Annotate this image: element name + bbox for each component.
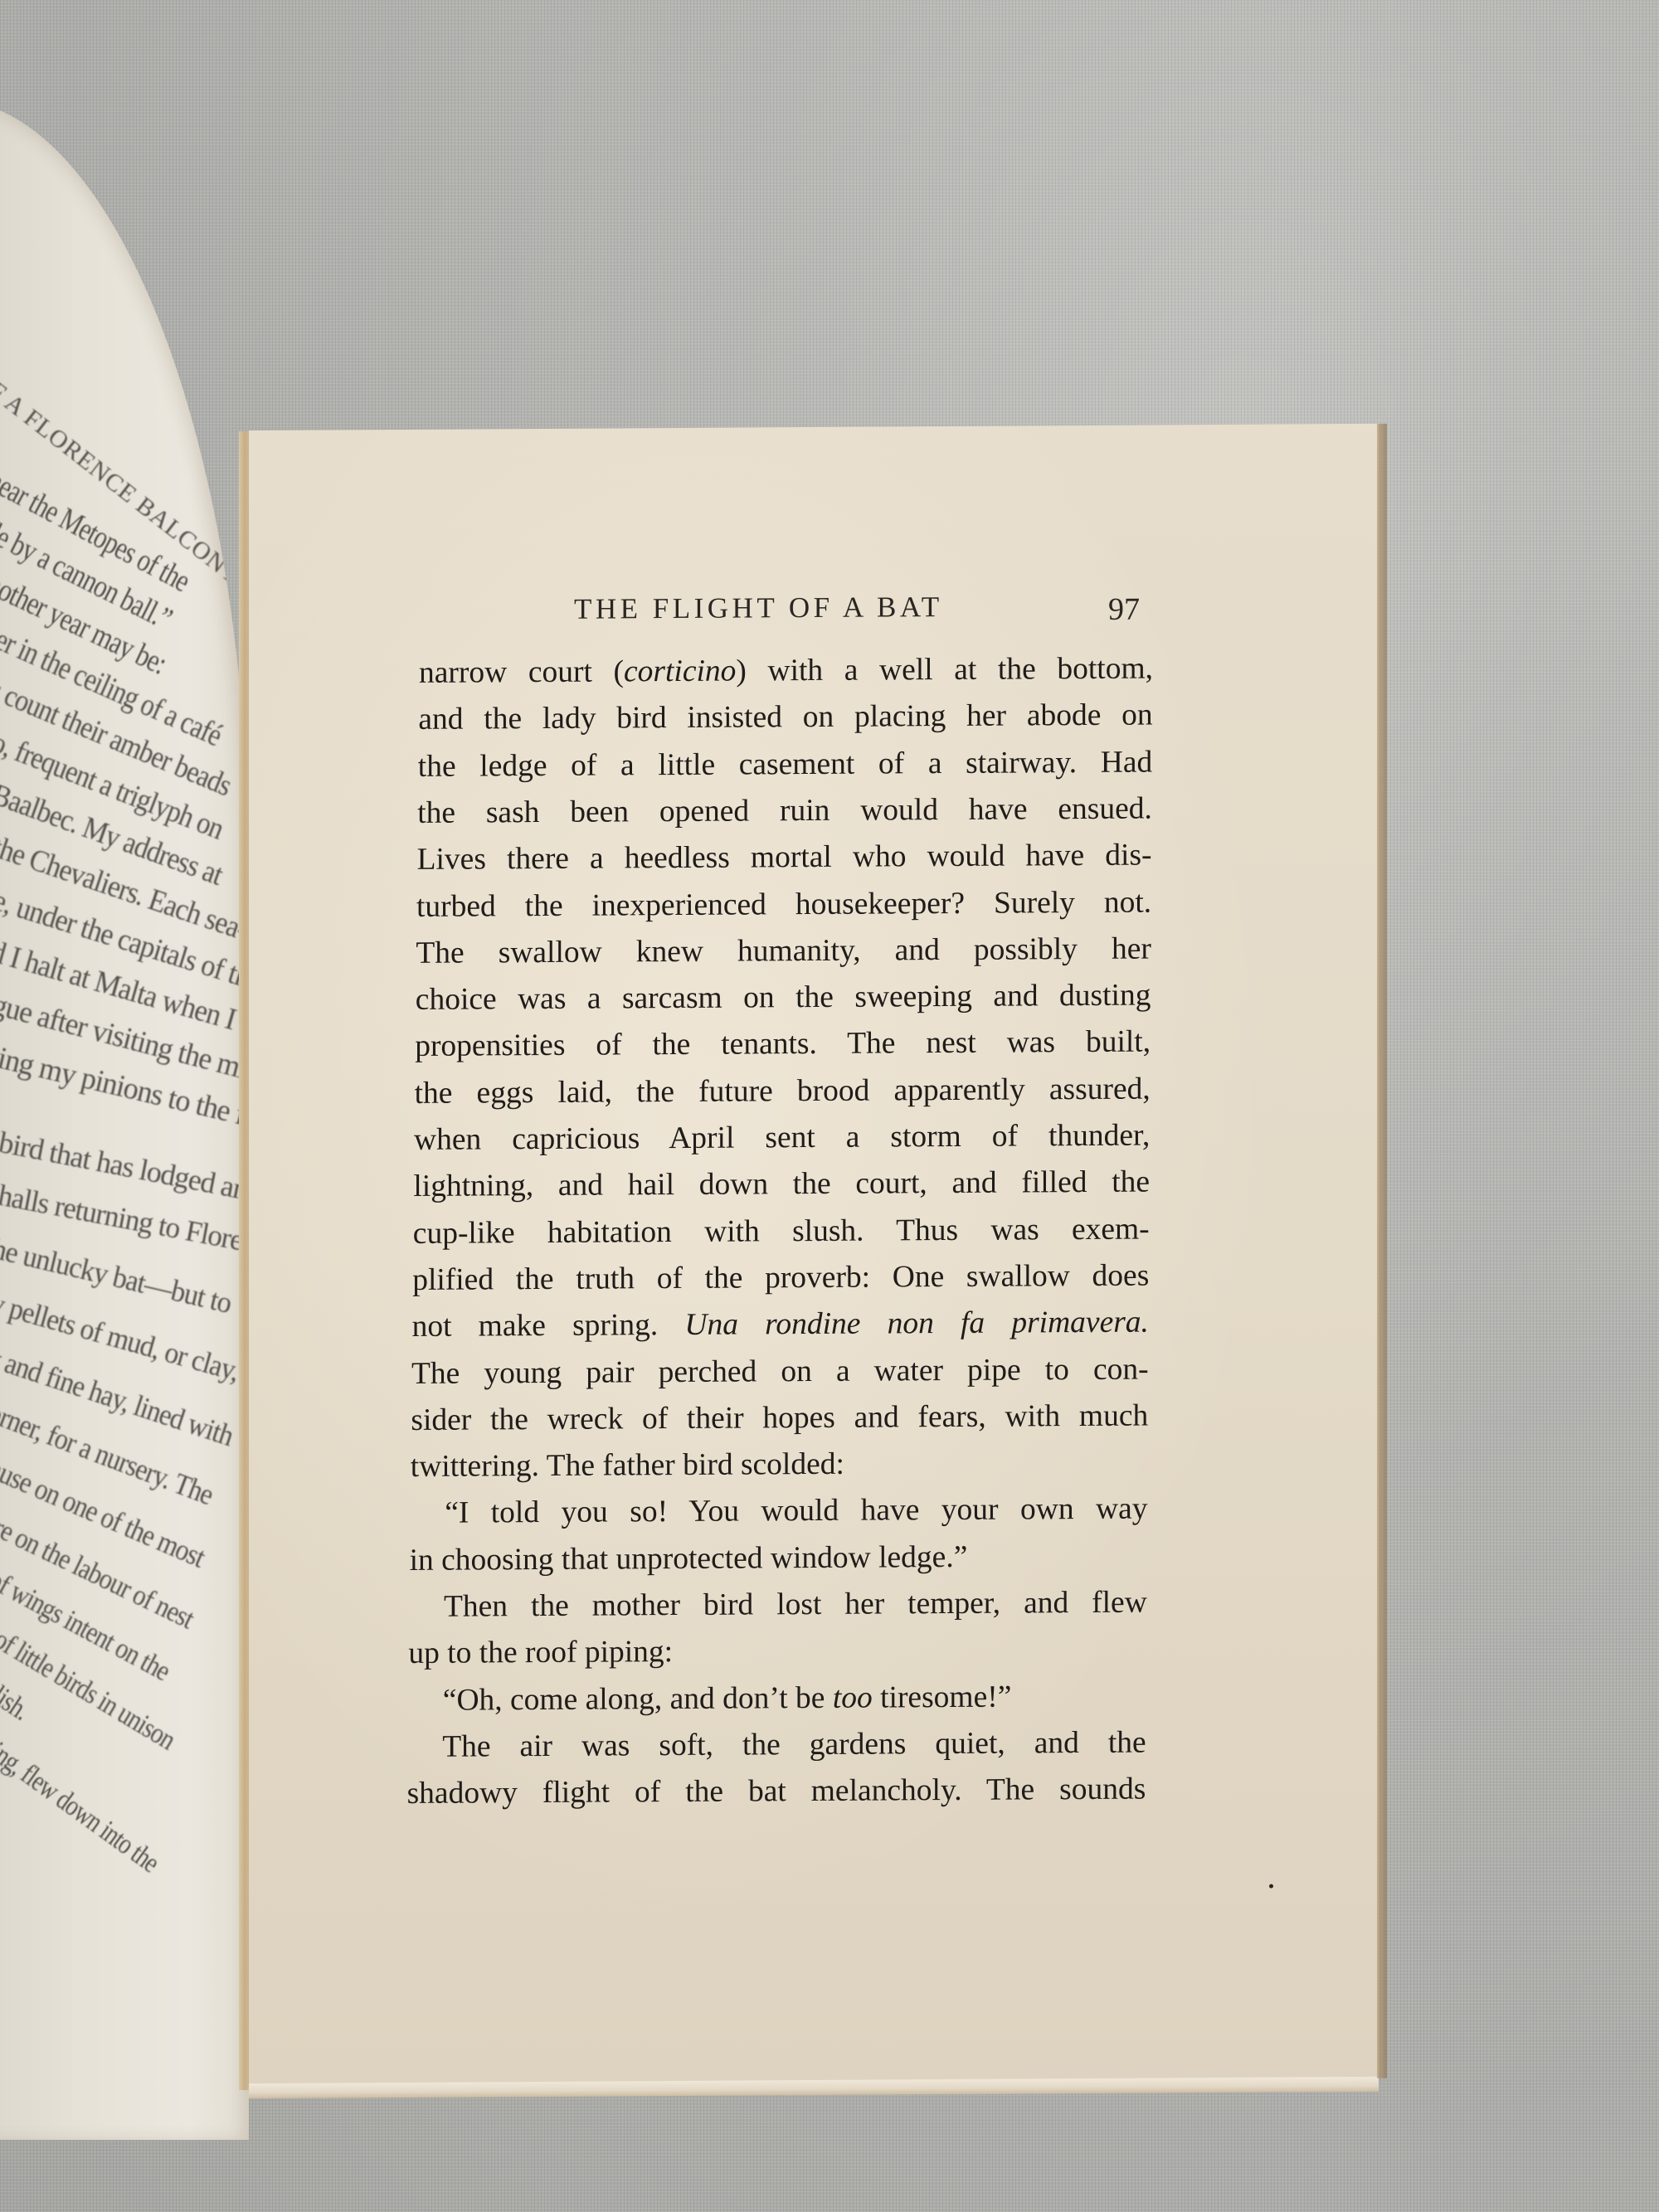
italic-segment: Una rondine non fa primavera. bbox=[684, 1305, 1149, 1342]
body-text: narrow court (corticino) with a well at … bbox=[249, 652, 1379, 659]
text-segment: Lives there a heedless mortal who would … bbox=[417, 839, 1152, 877]
text-line: “I told you so! You would have your own … bbox=[445, 1494, 1147, 1529]
text-segment: twittering. The father bird scolded: bbox=[411, 1447, 844, 1484]
text-line: in choosing that unprotected window ledg… bbox=[410, 1540, 1148, 1576]
text-line: The air was soft, the gardens quiet, and… bbox=[442, 1727, 1146, 1762]
text-line: choice was a sarcasm on the sweeping and… bbox=[416, 980, 1151, 1016]
text-line: Then the mother bird lost her temper, an… bbox=[444, 1587, 1147, 1623]
text-line: plified the truth of the proverb: One sw… bbox=[412, 1260, 1149, 1296]
italic-segment: corticino bbox=[624, 654, 736, 689]
left-page: F A FLORENCE BALCONY ce near the Metopes… bbox=[0, 100, 249, 2140]
text-segment: The air was soft, the gardens quiet, and… bbox=[442, 1725, 1146, 1763]
text-segment: the eggs laid, the future brood apparent… bbox=[415, 1072, 1151, 1110]
text-segment: narrow court ( bbox=[419, 654, 624, 690]
text-line: twittering. The father bird scolded: bbox=[411, 1447, 1148, 1483]
paper-speck bbox=[1269, 1884, 1273, 1889]
text-segment: plified the truth of the proverb: One sw… bbox=[412, 1258, 1149, 1296]
left-page-text: F A FLORENCE BALCONY ce near the Metopes… bbox=[0, 100, 249, 2140]
text-segment: the ledge of a little casement of a stai… bbox=[418, 745, 1152, 783]
text-line: shadowy flight of the bat melancholy. Th… bbox=[407, 1774, 1146, 1810]
text-line: turbed the inexperienced housekeeper? Su… bbox=[416, 887, 1151, 922]
running-head: THE FLIGHT OF A BAT 97 bbox=[249, 588, 1379, 644]
italic-segment: too bbox=[833, 1680, 873, 1714]
text-line: not make spring. Una rondine non fa prim… bbox=[412, 1307, 1149, 1343]
text-segment: when capricious April sent a storm of th… bbox=[414, 1119, 1150, 1157]
text-segment: Then the mother bird lost her temper, an… bbox=[444, 1586, 1147, 1624]
text-segment: tiresome!” bbox=[873, 1680, 1012, 1714]
text-segment: turbed the inexperienced housekeeper? Su… bbox=[416, 885, 1151, 923]
text-line: narrow court (corticino) with a well at … bbox=[419, 654, 1153, 689]
text-line: propensities of the tenants. The nest wa… bbox=[415, 1027, 1151, 1062]
text-line: up to the roof piping: bbox=[408, 1634, 1146, 1670]
text-line: and the lady bird insisted on placing he… bbox=[418, 700, 1152, 736]
text-line: cup-like habitation with slush. Thus was… bbox=[413, 1213, 1150, 1249]
text-line: The young pair perched on a water pipe t… bbox=[411, 1354, 1149, 1389]
text-segment: The swallow knew humanity, and possibly … bbox=[416, 931, 1151, 970]
text-segment: not make spring. bbox=[412, 1308, 685, 1344]
text-segment: shadowy flight of the bat melancholy. Th… bbox=[407, 1772, 1146, 1811]
page-number: 97 bbox=[1108, 591, 1140, 628]
text-segment: in choosing that unprotected window ledg… bbox=[410, 1540, 968, 1578]
text-segment: propensities of the tenants. The nest wa… bbox=[415, 1025, 1151, 1063]
running-title: THE FLIGHT OF A BAT bbox=[574, 591, 943, 626]
text-line: the eggs laid, the future brood apparent… bbox=[415, 1073, 1151, 1109]
text-line: lightning, and hail down the court, and … bbox=[413, 1167, 1150, 1203]
text-segment: the sash been opened ruin would have ens… bbox=[417, 791, 1152, 829]
text-segment: choice was a sarcasm on the sweeping and… bbox=[416, 979, 1151, 1017]
text-line: when capricious April sent a storm of th… bbox=[414, 1121, 1150, 1156]
text-segment: The young pair perched on a water pipe t… bbox=[411, 1352, 1149, 1390]
text-segment: “I told you so! You would have your own … bbox=[445, 1492, 1147, 1530]
text-segment: and the lady bird insisted on placing he… bbox=[418, 698, 1152, 737]
text-line: The swallow knew humanity, and possibly … bbox=[416, 933, 1151, 969]
text-line: “Oh, come along, and don’t be too tireso… bbox=[443, 1680, 1146, 1716]
text-segment: cup-like habitation with slush. Thus was… bbox=[413, 1212, 1150, 1250]
right-page: THE FLIGHT OF A BAT 97 narrow court (cor… bbox=[249, 424, 1379, 2085]
text-segment: ) with a well at the bottom, bbox=[736, 652, 1153, 688]
text-segment: “Oh, come along, and don’t be bbox=[443, 1680, 833, 1717]
text-segment: sider the wreck of their hopes and fears… bbox=[411, 1398, 1148, 1437]
text-line: the sash been opened ruin would have ens… bbox=[417, 793, 1152, 829]
text-line: Lives there a heedless mortal who would … bbox=[417, 840, 1152, 876]
text-line: the ledge of a little casement of a stai… bbox=[418, 746, 1152, 782]
text-segment: lightning, and hail down the court, and … bbox=[413, 1165, 1150, 1203]
text-segment: up to the roof piping: bbox=[408, 1635, 673, 1670]
text-line: sider the wreck of their hopes and fears… bbox=[411, 1400, 1148, 1436]
